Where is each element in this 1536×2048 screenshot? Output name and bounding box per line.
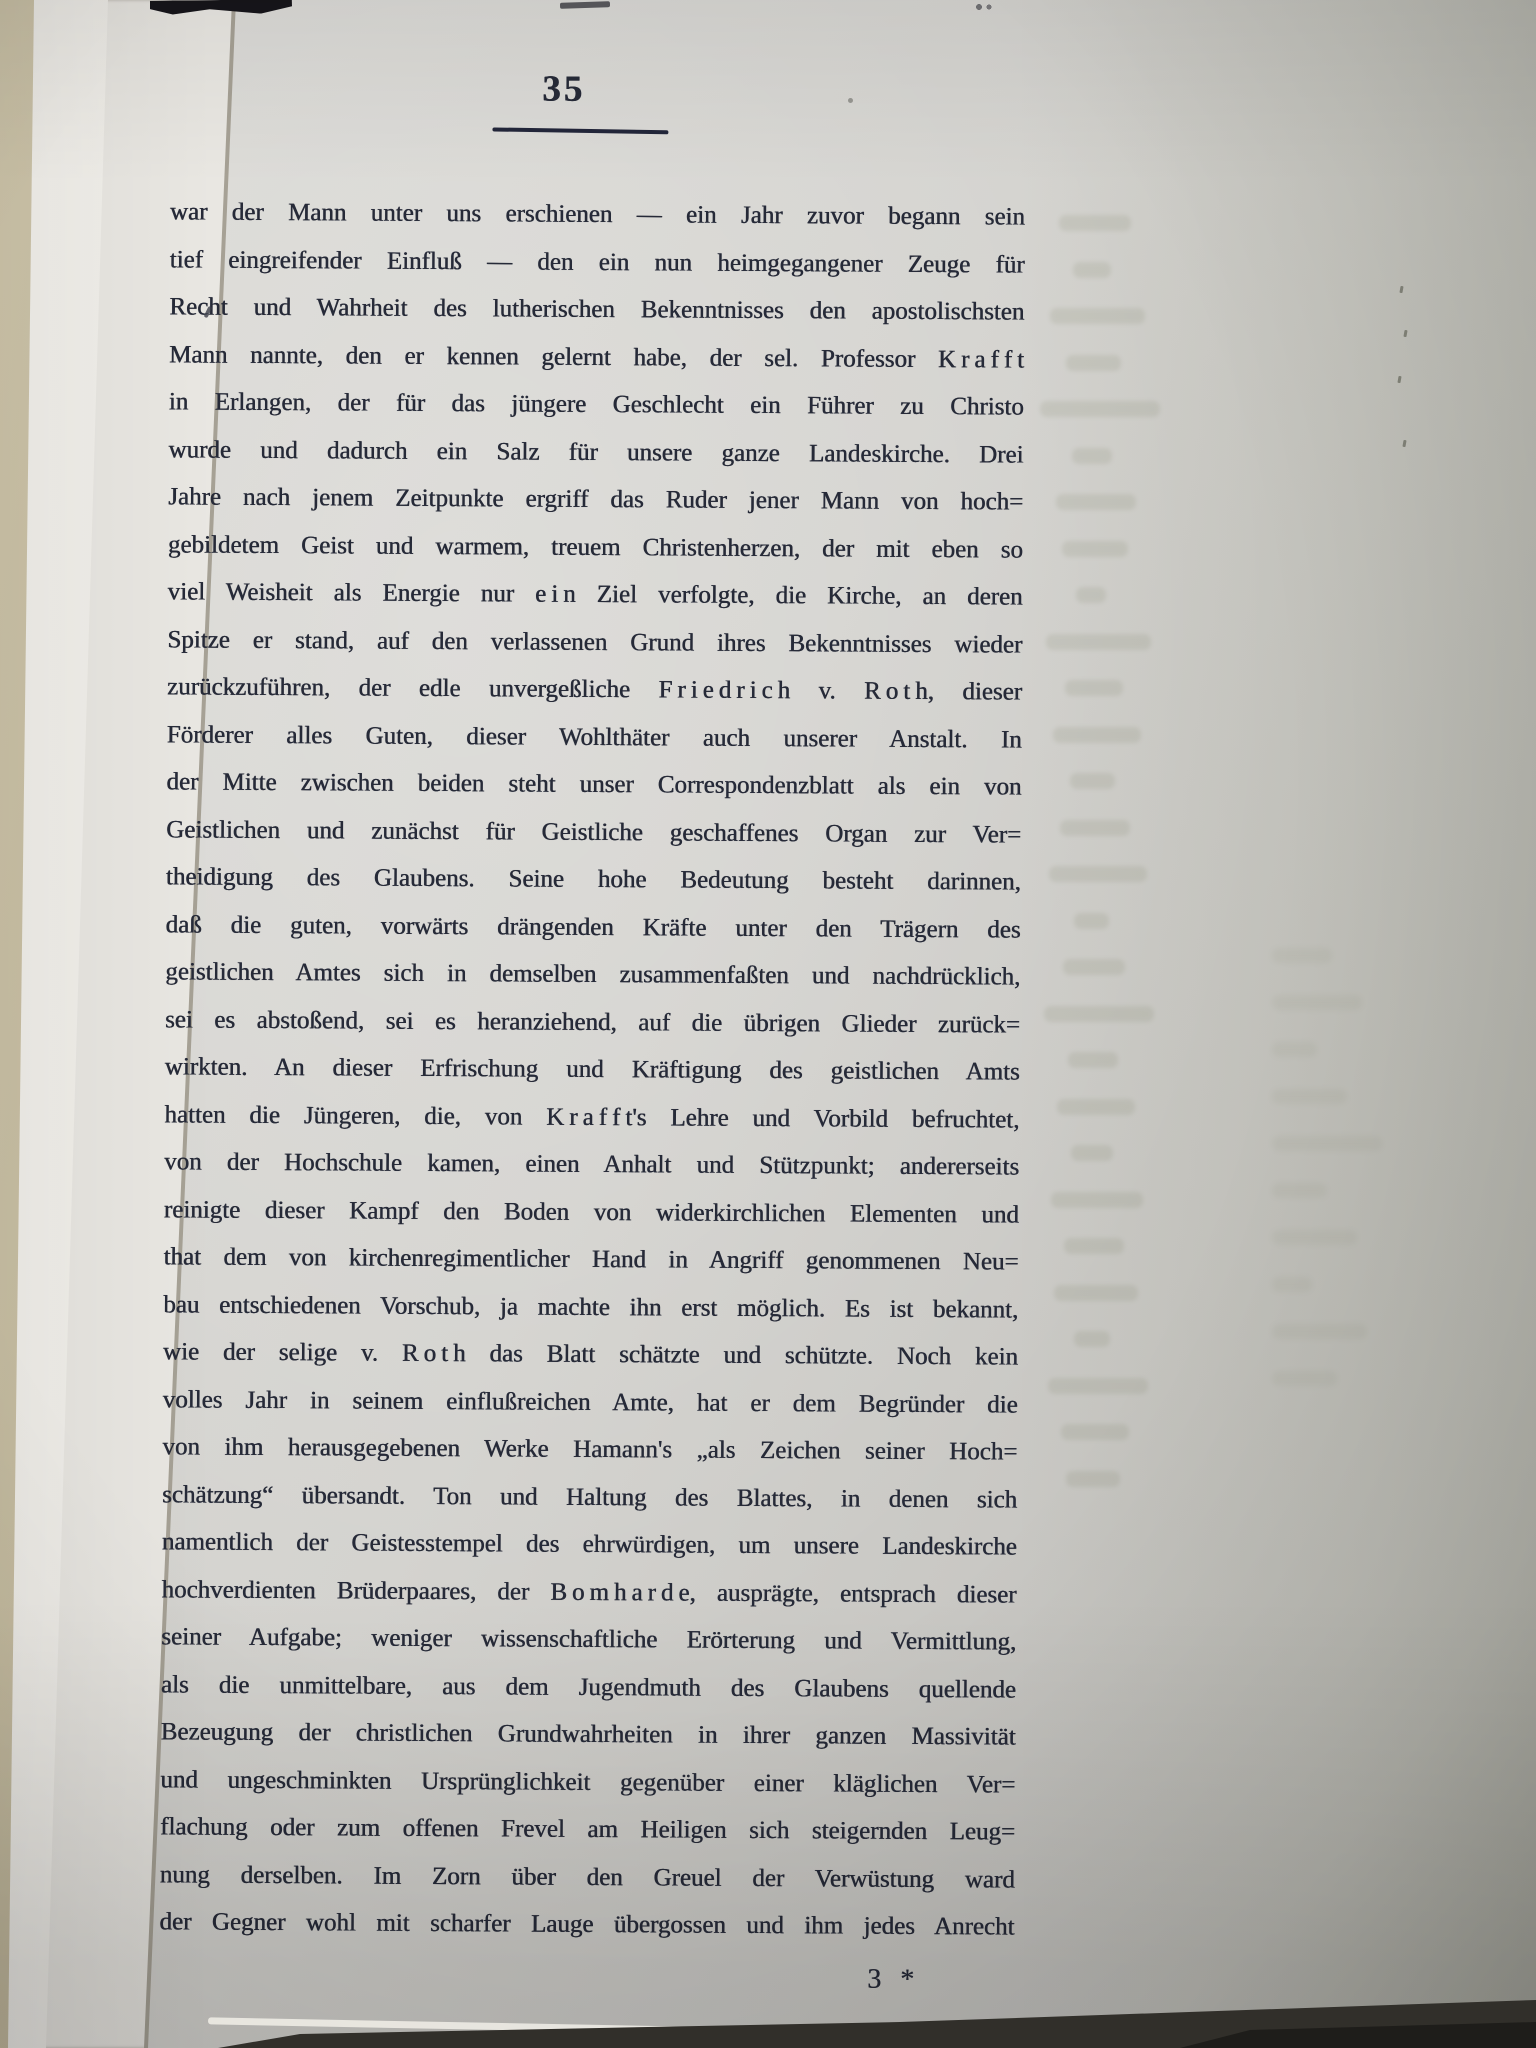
text-line: bau entschiedenen Vorschub, ja machte ih… (163, 1281, 1018, 1334)
text-line: wie der selige v. R o t h das Blatt schä… (163, 1328, 1018, 1381)
stray-ink-dot (848, 98, 853, 103)
reverse-side-showthrough-column (1040, 215, 1240, 1517)
text-line: sei es abstoßend, sei es heranziehend, a… (165, 996, 1020, 1049)
page-number: 35 (499, 67, 629, 111)
text-line: der Gegner wohl mit scharfer Lauge überg… (159, 1898, 1014, 1951)
text-line: von der Hochschule kamen, einen Anhalt u… (164, 1138, 1019, 1191)
text-line: war der Mann unter uns erschienen — ein … (170, 188, 1025, 241)
text-line: wurde und dadurch ein Salz für unsere ga… (168, 426, 1023, 479)
text-line: schätzung“ übersandt. Ton und Haltung de… (162, 1471, 1017, 1524)
text-line: Geistlichen und zunächst für Geistliche … (166, 806, 1021, 859)
text-line: Recht und Wahrheit des lutherischen Beke… (169, 283, 1024, 336)
text-line: von ihm herausgegebenen Werke Hamann's „… (162, 1423, 1017, 1476)
reverse-side-showthrough-faint (1272, 948, 1442, 1418)
text-line: reinigte dieser Kampf den Boden von wide… (164, 1186, 1019, 1239)
text-line: Mann nannte, den er kennen gelernt habe,… (169, 331, 1024, 384)
text-line: gebildetem Geist und warmem, treuem Chri… (168, 521, 1023, 574)
text-line: und ungeschminkten Ursprünglichkeit gege… (160, 1756, 1015, 1809)
text-line: namentlich der Geistesstempel des ehrwür… (162, 1518, 1017, 1571)
signature-mark: 3 * (867, 1964, 920, 1996)
text-line: seiner Aufgabe; weniger wissenschaftlich… (161, 1613, 1016, 1666)
text-line: hochverdienten Brüderpaares, der B o m h… (161, 1566, 1016, 1619)
text-line: hatten die Jüngeren, die, von K r a f f … (164, 1091, 1019, 1144)
text-line: wirkten. An dieser Erfrischung und Kräft… (165, 1043, 1020, 1096)
text-line: theidigung des Glaubens. Seine hohe Bede… (166, 853, 1021, 906)
text-line: Jahre nach jenem Zeitpunkte ergriff das … (168, 473, 1023, 526)
ink-specks-top-edge (974, 3, 994, 11)
text-line: nung derselben. Im Zorn über den Greuel … (160, 1851, 1015, 1904)
text-line: zurückzuführen, der edle unvergeßliche F… (167, 663, 1022, 716)
body-text: war der Mann unter uns erschienen — ein … (159, 188, 1025, 1951)
text-line: Spitze er stand, auf den verlassenen Gru… (167, 616, 1022, 669)
text-line: flachung oder zum offenen Frevel am Heil… (160, 1803, 1015, 1856)
text-line: daß die guten, vorwärts drängenden Kräft… (165, 901, 1020, 954)
text-line: als die unmittelbare, aus dem Jugendmuth… (161, 1661, 1016, 1714)
text-line: Bezeugung der christlichen Grundwahrheit… (160, 1708, 1015, 1761)
text-line: der Mitte zwischen beiden steht unser Co… (166, 758, 1021, 811)
text-line: tief eingreifender Einfluß — den ein nun… (169, 236, 1024, 289)
page-number-underline (492, 127, 668, 134)
text-line: that dem von kirchenregimentlicher Hand … (163, 1233, 1018, 1286)
text-line: viel Weisheit als Energie nur e i n Ziel… (167, 568, 1022, 621)
text-line: in Erlangen, der für das jüngere Geschle… (169, 378, 1024, 431)
text-line: Förderer alles Guten, dieser Wohlthäter … (167, 711, 1022, 764)
text-line: geistlichen Amtes sich in demselben zusa… (165, 948, 1020, 1001)
text-line: volles Jahr in seinem einflußreichen Amt… (163, 1376, 1018, 1429)
